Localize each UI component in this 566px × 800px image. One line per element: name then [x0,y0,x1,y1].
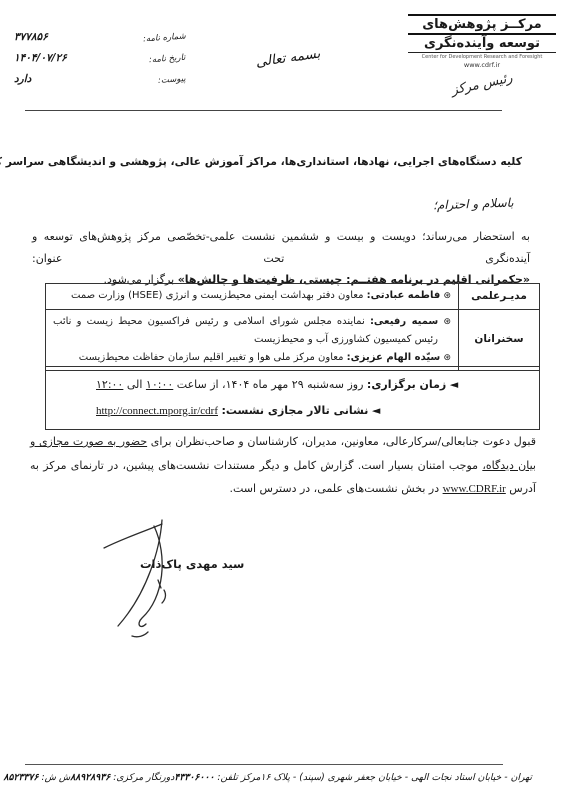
venue-url-link[interactable]: http://connect.mporg.ir/cdrf [96,405,218,417]
org-tagline-english: Center for Development Research and Fore… [408,54,556,61]
scientific-director-cell: ⊛ فاطمه عبادتی: معاون دفتر بهداشت ایمنی … [46,284,459,310]
footer-contact-line: تهران - خیابان استاد نجات الهی - خیابان … [16,772,532,783]
venue-label: نشانی تالار مجازی نشست: [222,404,369,417]
salutation-handwriting: باسلام و احترام؛ [433,196,514,213]
person-description: معاون مرکز ملی هوا و تغییر اقلیم سازمان … [79,352,344,363]
footer-phone: مرکز تلفن: ۴۳۳۰۶۰۰۰ [174,772,260,783]
speakers-cell: ⊛ سمیه رفیعی: نماینده مجلس شورای اسلامی … [46,309,459,371]
logo-divider-bottom [408,52,556,53]
flower-bullet-icon: ⊛ [443,317,451,327]
session-table: مدیـرعلمی ⊛ فاطمه عبادتی: معاون دفتر بهد… [45,283,540,371]
header-divider [25,110,502,111]
intro-paragraph: به استحضار می‌رساند؛ دویست و بیست و ششمی… [32,226,530,291]
letter-number-label: شماره نامه: [143,32,186,45]
center-website-link[interactable]: www.CDRF.ir [443,483,506,495]
letter-page: مرکــز پژوهش‌های توسعه وآینده‌نگری Cente… [0,0,566,800]
fax-value: ۸۸۹۲۸۹۳۶ [70,772,110,783]
footer-serial: ش ش: ۸۵۲۳۳۷۶ [4,772,71,783]
org-name-line2: توسعه وآینده‌نگری [408,35,556,52]
phone-label: مرکز تلفن: [217,772,260,783]
table-row-speakers: سخنرانان ⊛ سمیه رفیعی: نماینده مجلس شورا… [46,309,540,371]
letter-date-label: تاریخ نامه: [149,53,186,66]
besmellah-handwriting: بسمه تعالی [237,43,338,73]
arrow-bullet-icon: ◄ [450,378,458,391]
time-between: الی [127,378,143,391]
letter-meta: شماره نامه: ۳۷۷۸۵۶ تاریخ نامه: ۱۴۰۴/۰۷/۲… [14,31,186,94]
time-label: زمان برگزاری: [367,378,446,391]
closing-part3: در بخش نشست‌های علمی، در دسترس است. [229,482,439,495]
footer-address: تهران - خیابان استاد نجات الهی - خیابان … [261,772,532,783]
person-item: ⊛ سمیه رفیعی: نماینده مجلس شورای اسلامی … [53,313,451,349]
session-venue-line: ◄ نشانی تالار مجازی نشست: http://connect… [96,398,531,424]
phone-value: ۴۳۳۰۶۰۰۰ [174,772,214,783]
footer-fax: دورنگار مرکزی: ۸۸۹۲۸۹۳۶ [70,772,174,783]
person-item: ⊛ سیّده الهام عزیزی: معاون مرکز ملی هوا … [53,349,451,368]
flower-bullet-icon: ⊛ [443,353,451,363]
letter-number-value: ۳۷۷۸۵۶ [14,31,48,43]
person-description: معاون دفتر بهداشت ایمنی محیط‌زیست و انرژ… [71,290,363,301]
serial-value: ۸۵۲۳۳۷۶ [4,772,39,783]
meta-row-number: شماره نامه: ۳۷۷۸۵۶ [14,31,186,43]
letter-date-value: ۱۴۰۴/۰۷/۲۶ [14,52,67,64]
person-name: سیّده الهام عزیزی: [347,352,441,363]
table-row-scientific-director: مدیـرعلمی ⊛ فاطمه عبادتی: معاون دفتر بهد… [46,284,540,310]
footer-divider [25,764,503,765]
org-name-line1: مرکــز پژوهش‌های [408,16,556,33]
fax-label: دورنگار مرکزی: [113,772,174,783]
arrow-bullet-icon: ◄ [372,404,380,417]
meta-row-attachment: پیوست: دارد [14,73,186,85]
flower-bullet-icon: ⊛ [443,291,451,301]
session-info-box: ◄ زمان برگزاری: روز سه‌شنبه ۲۹ مهر ماه ۱… [45,366,540,430]
addressee-line: کلیه دستگاه‌های اجرایی، نهادها، استاندار… [0,155,522,168]
session-time-line: ◄ زمان برگزاری: روز سه‌شنبه ۲۹ مهر ماه ۱… [96,372,531,398]
person-name: سمیه رفیعی: [370,316,438,327]
row-label-scientific-director: مدیـرعلمی [459,284,540,310]
serial-label: ش ش: [41,772,70,783]
intro-line1: به استحضار می‌رساند؛ دویست و بیست و ششمی… [32,226,530,269]
closing-paragraph: قبول دعوت جنابعالی/سرکارعالی، معاونین، م… [30,430,536,502]
time-end: ۱۲:۰۰ [96,378,123,391]
attachment-label: پیوست: [158,74,186,86]
row-label-speakers: سخنرانان [459,309,540,371]
person-name: فاطمه عبادتی: [367,290,441,301]
time-start: ۱۰:۰۰ [146,378,173,391]
time-text: روز سه‌شنبه ۲۹ مهر ماه ۱۴۰۴، از ساعت [177,378,364,391]
signer-name: سید مهدی پاک‌ذات [140,557,244,571]
closing-part1: قبول دعوت جنابعالی/سرکارعالی، معاونین، م… [151,435,536,448]
meta-row-date: تاریخ نامه: ۱۴۰۴/۰۷/۲۶ [14,52,186,64]
attachment-value: دارد [14,73,31,85]
signature-scribble [98,514,193,654]
org-logo: مرکــز پژوهش‌های توسعه وآینده‌نگری Cente… [408,14,556,92]
person-item: ⊛ فاطمه عبادتی: معاون دفتر بهداشت ایمنی … [53,287,451,306]
